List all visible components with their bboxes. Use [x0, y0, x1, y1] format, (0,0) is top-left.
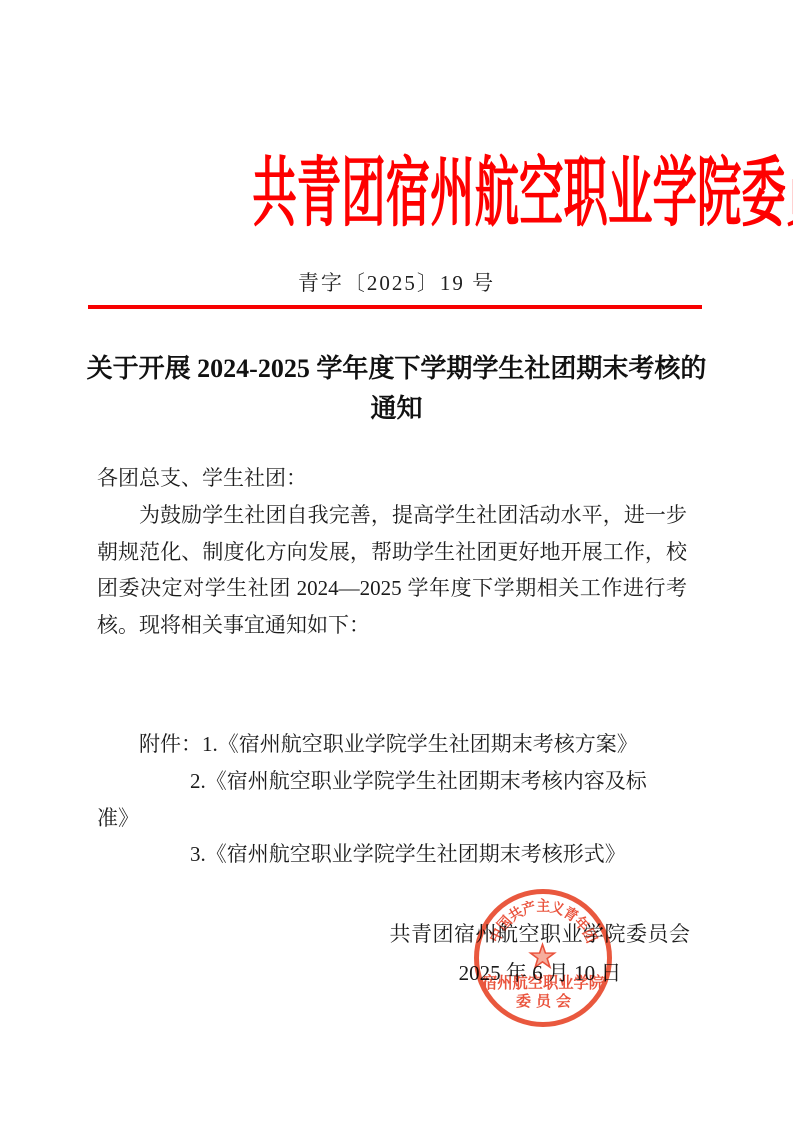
doc-number: 青字〔2025〕19 号	[0, 268, 793, 298]
seal-committee-text: 委员会	[516, 992, 576, 1010]
salutation: 各团总支、学生社团：	[97, 460, 687, 497]
signature-org: 共青团宿州航空职业学院委员会	[387, 915, 693, 953]
signature-block: 共青团宿州航空职业学院委员会 2025 年 6 月 10 日	[387, 915, 693, 993]
document-page: 共青团宿州航空职业学院委员会文件 青字〔2025〕19 号 关于开展 2024-…	[0, 0, 793, 1122]
attachments-label: 附件：	[139, 732, 202, 756]
doc-title-line1: 关于开展 2024-2025 学年度下学期学生社团期末考核的	[60, 349, 733, 389]
attachment-item-1: 1.《宿州航空职业学院学生社团期末考核方案》	[202, 732, 638, 756]
body-text: 各团总支、学生社团： 为鼓励学生社团自我完善，提高学生社团活动水平，进一步朝规范…	[97, 460, 687, 644]
attachment-item-3: 3.《宿州航空职业学院学生社团期末考核形式》	[97, 836, 662, 873]
body-paragraph: 为鼓励学生社团自我完善，提高学生社团活动水平，进一步朝规范化、制度化方向发展，帮…	[97, 497, 687, 644]
attachment-line-1: 附件：1.《宿州航空职业学院学生社团期末考核方案》	[97, 726, 662, 763]
signature-date: 2025 年 6 月 10 日	[387, 953, 693, 993]
letterhead-org-title: 共青团宿州航空职业学院委员会文件	[252, 150, 793, 238]
attachment-item-2: 2.《宿州航空职业学院学生社团期末考核内容及标准》	[97, 763, 662, 837]
letterhead-divider-rule	[88, 305, 702, 309]
letterhead: 共青团宿州航空职业学院委员会文件	[0, 150, 793, 259]
doc-title-line2: 通知	[60, 389, 733, 429]
attachments-list: 附件：1.《宿州航空职业学院学生社团期末考核方案》 2.《宿州航空职业学院学生社…	[97, 726, 662, 873]
doc-title: 关于开展 2024-2025 学年度下学期学生社团期末考核的 通知	[60, 349, 733, 429]
